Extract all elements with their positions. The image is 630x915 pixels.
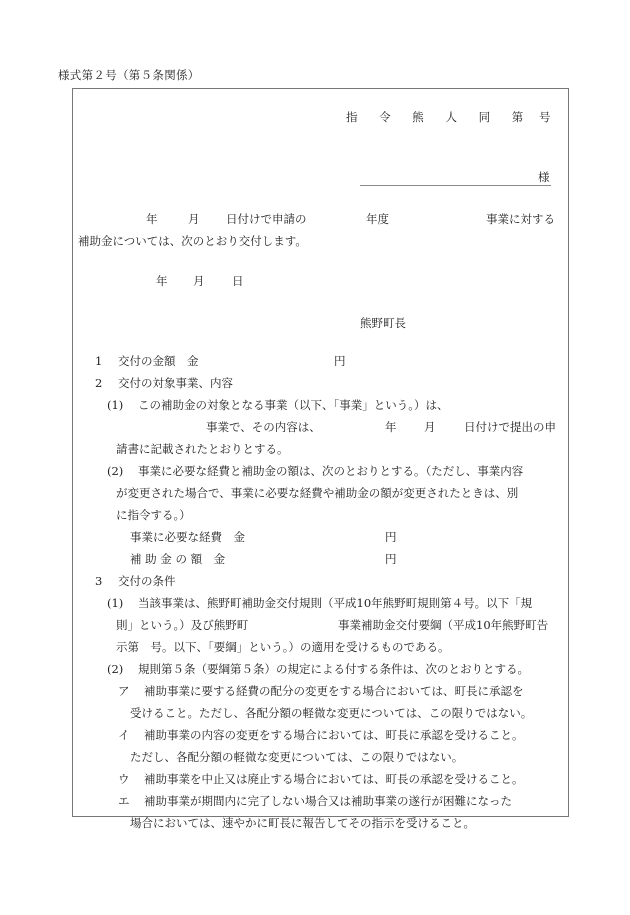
section-2-label: 交付の対象事業、内容 [118,378,233,390]
section-2-1-line3: 請書に記載されたとおりとする。 [116,444,289,456]
item-i-marker: イ [118,730,130,742]
section-1-yen: 円 [334,356,346,368]
section-2-2-line2: が変更された場合で、事業に必要な経費や補助金の額が変更されたときは、別 [116,488,518,500]
item-e-line1: 補助事業が期間内に完了しない場合又は補助事業の遂行が困難になった [144,796,512,808]
item-i-line1: 補助事業の内容の変更をする場合においては、町長に承認を受けること。 [144,730,524,742]
command-number-suffix: 号 [539,112,551,124]
intro-day-text: 日付けで申請の [226,214,307,226]
section-3-1-line1: 当該事業は、熊野町補助金交付規則（平成10年熊野町規則第４号。以下「規 [138,598,532,610]
cost-yen: 円 [385,532,397,544]
form-label: 様式第２号（第５条関係） [58,70,200,82]
section-2-number: 2 [95,378,102,390]
date-year: 年 [156,276,168,288]
item-u-marker: ウ [118,774,130,786]
date-month: 月 [193,276,205,288]
intro-line2: 補助金については、次のとおり交付します。 [78,236,307,248]
intro-project: 事業に対する [486,214,555,226]
intro-month: 月 [188,214,200,226]
section-3-2-line1: 規則第５条（要綱第５条）の規定による付する条件は、次のとおりとする。 [138,664,529,676]
section-1-label: 交付の金額 金 [118,356,199,368]
addressee-underline [360,185,551,186]
section-3-1-line2a: 則」という。）及び熊野町 [116,620,248,632]
subsidy-label: 補 助 金 の 額 金 [130,554,225,566]
section-3-number: 3 [95,576,102,588]
item-a-line2: 受けること。ただし、各配分額の軽微な変更については、この限りではない。 [130,708,532,720]
issuer: 熊野町長 [360,318,406,330]
item-e-marker: エ [118,796,130,808]
item-e-line2: 場合においては、速やかに町長に報告してその指示を受けること。 [130,818,475,830]
section-2-1-line1: この補助金の対象となる事業（以下、「事業」という。）は、 [138,400,449,412]
section-2-1-marker: (1) [107,400,123,412]
section-2-2-line1: 事業に必要な経費と補助金の額は、次のとおりとする。（ただし、事業内容 [138,466,523,478]
item-a-marker: ア [118,686,130,698]
item-u-line1: 補助事業を中止又は廃止する場合においては、町長の承認を受けること。 [144,774,524,786]
section-2-2-line3: に指令する。） [116,510,191,522]
intro-year: 年 [146,214,158,226]
command-number-prefix: 指 令 熊 人 同 第 [346,112,532,124]
addressee-suffix: 様 [538,172,550,184]
cost-label: 事業に必要な経費 金 [130,532,245,544]
section-2-1-line2a: 事業で、その内容は、 [206,422,321,434]
section-2-1-line2b: 日付けで提出の申 [464,422,556,434]
section-2-1-line2-year: 年 [385,422,397,434]
date-day: 日 [232,276,244,288]
subsidy-yen: 円 [385,554,397,566]
item-a-line1: 補助事業に要する経費の配分の変更をする場合においては、町長に承認を [144,686,524,698]
section-3-1-line3: 示第 号。以下、「要綱」という。）の適用を受けるものである。 [116,642,450,654]
section-2-1-line2-month: 月 [424,422,436,434]
section-3-1-line2b: 事業補助金交付要綱（平成10年熊野町告 [338,620,548,632]
section-3-2-marker: (2) [107,664,123,676]
item-i-line2: ただし、各配分額の軽微な変更については、この限りではない。 [130,752,463,764]
section-1-number: 1 [95,356,102,368]
section-3-label: 交付の条件 [118,576,176,588]
section-2-2-marker: (2) [107,466,123,478]
section-3-1-marker: (1) [107,598,123,610]
intro-fiscal-year: 年度 [366,214,389,226]
